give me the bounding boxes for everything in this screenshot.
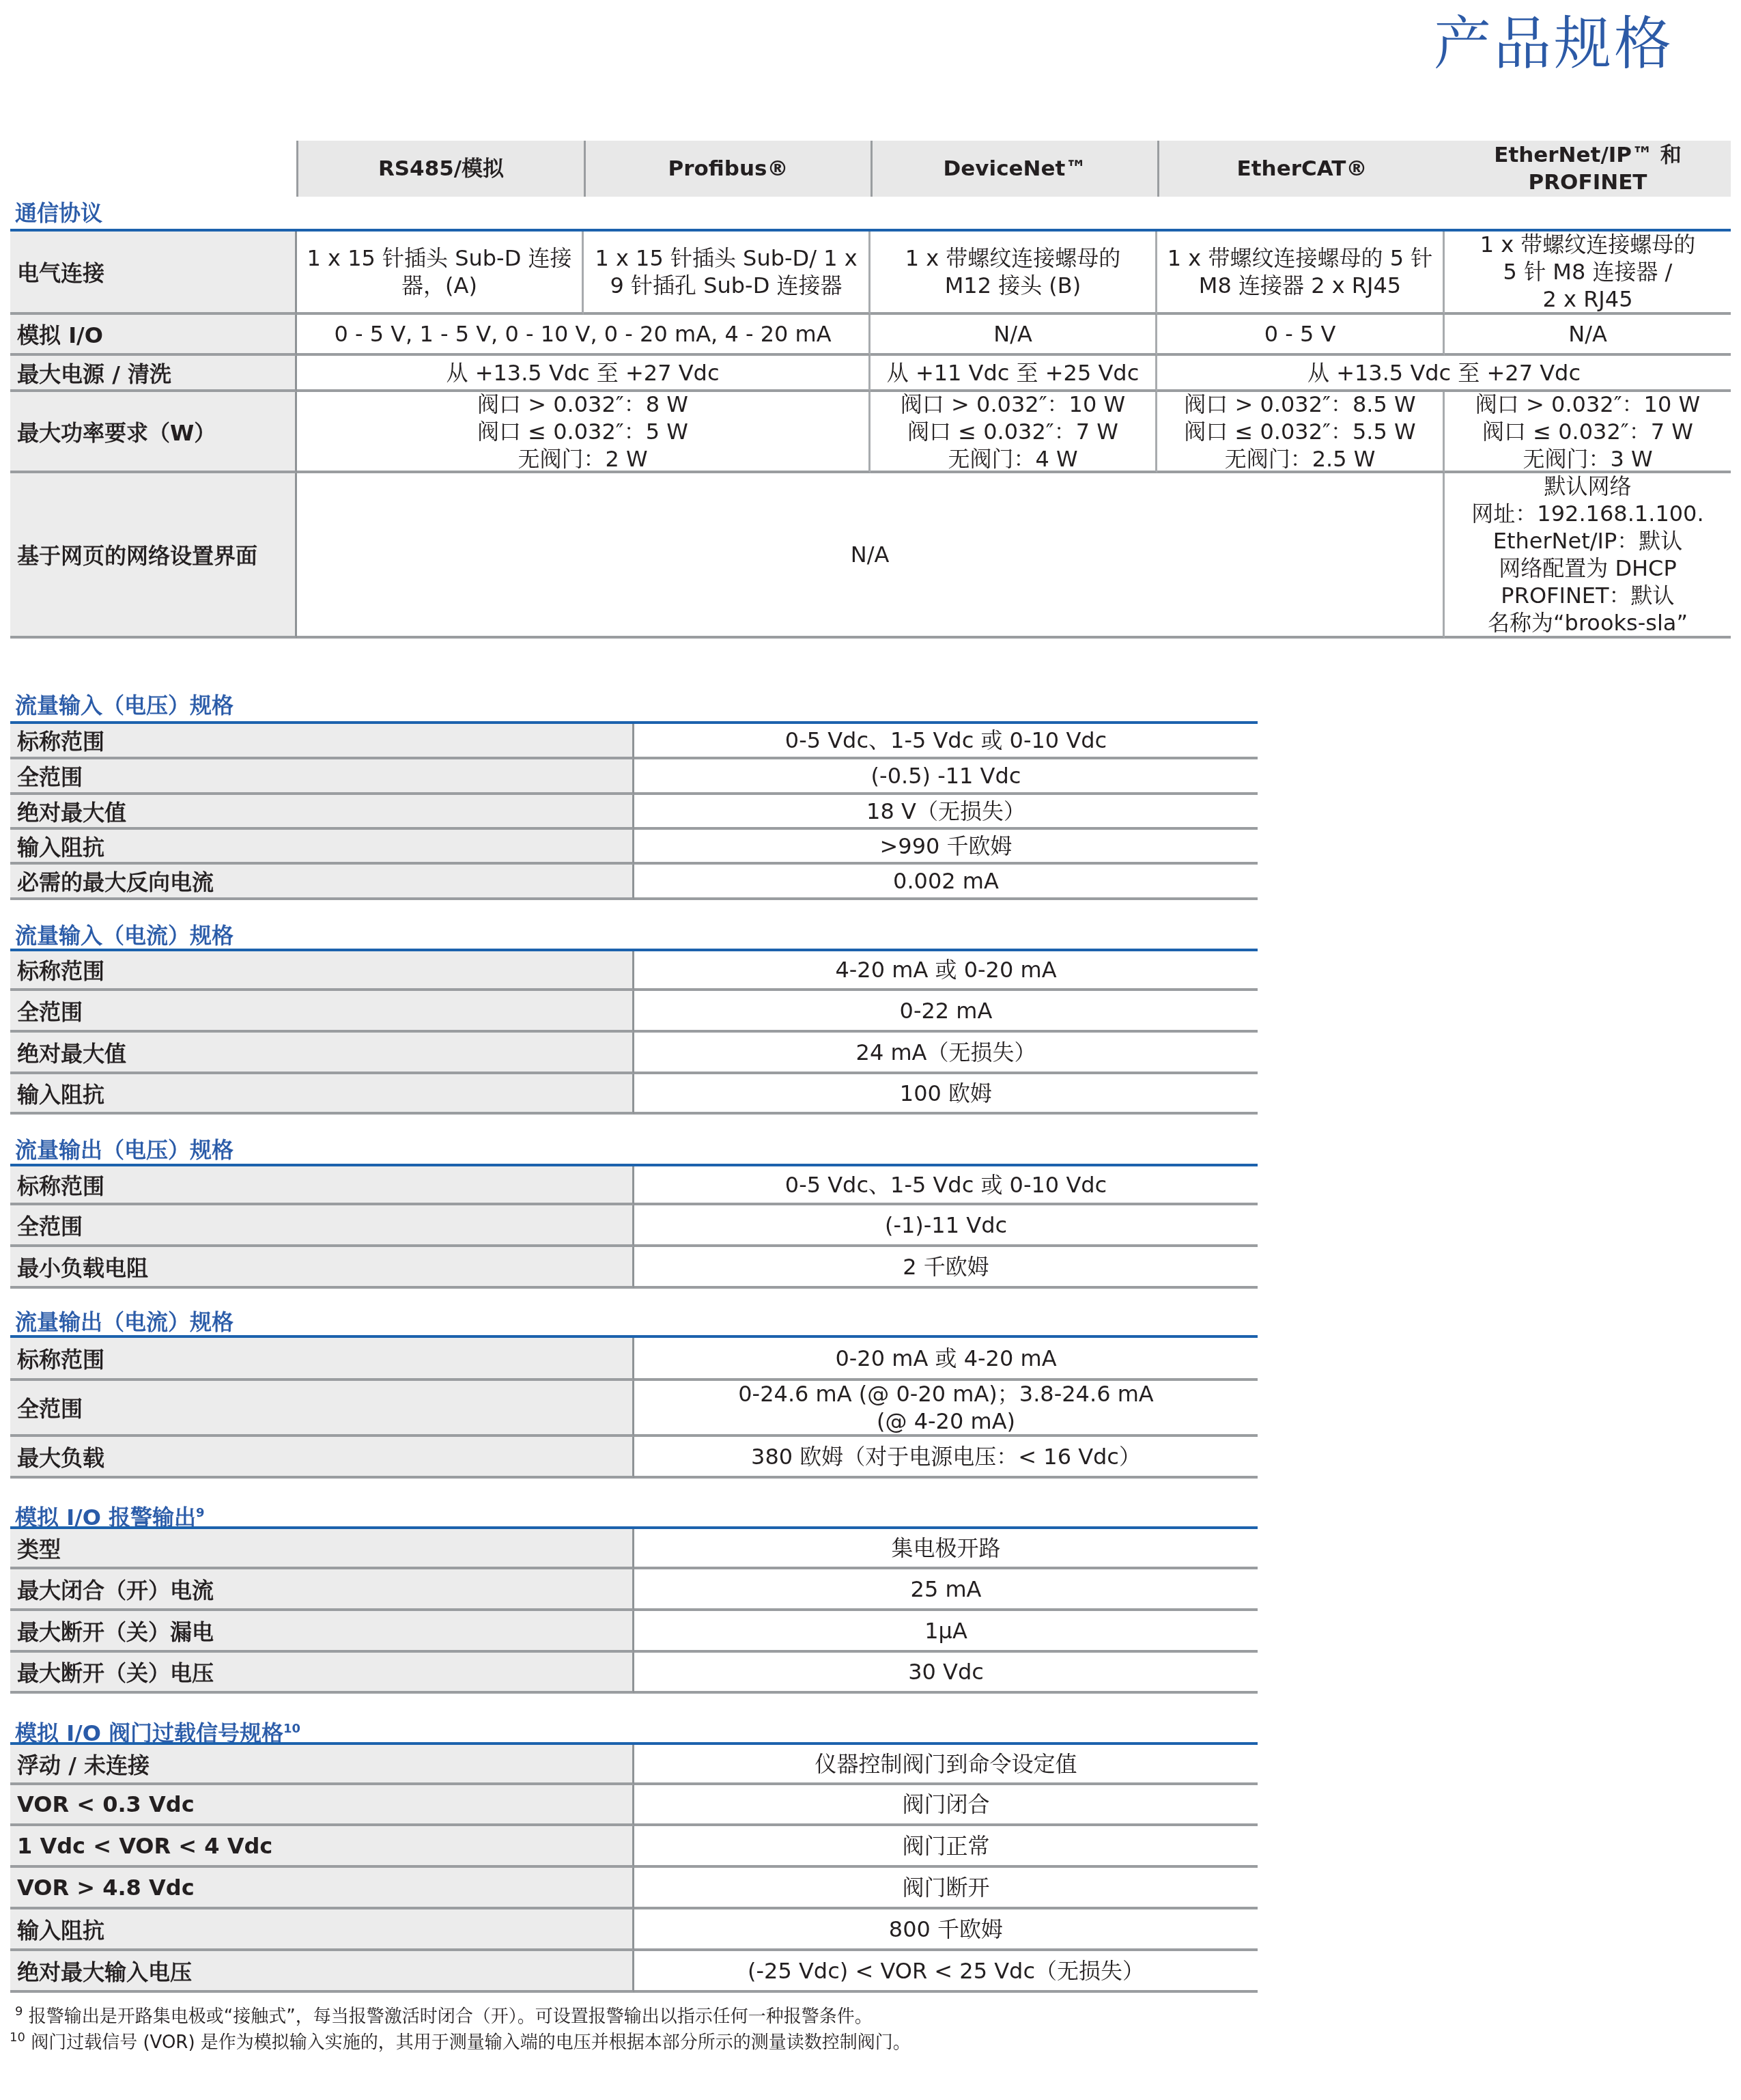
cell-text: 1 x 15 针插头 Sub-D 连接 器，(A) [307, 244, 572, 299]
row-label: 必需的最大反向电流 [10, 865, 634, 900]
section-title-flow-output-current: 流量输出（电流）规格 [15, 1308, 233, 1336]
row-label: 绝对最大输入电压 [10, 1951, 634, 1993]
cell-analog-io-devicenet: N/A [870, 315, 1157, 356]
column-header-ethercat: EtherCAT® [1157, 141, 1445, 197]
cell-power-ethernetip: 阀口 > 0.032″：10 W 阀口 ≤ 0.032″：7 W 无阀门：3 W [1445, 392, 1731, 473]
row-label: VOR > 4.8 Vdc [10, 1868, 634, 1909]
row-label: 标称范围 [10, 1338, 634, 1381]
cell-text: 1 x 带螺纹连接螺母的 5 针 M8 连接器 2 x RJ45 [1167, 244, 1432, 299]
row-label: 标称范围 [10, 951, 634, 991]
row-value: 18 V（无损失） [634, 795, 1258, 830]
row-label: 1 Vdc < VOR < 4 Vdc [10, 1826, 634, 1868]
row-label: 全范围 [10, 759, 634, 795]
cell-text: 0 - 5 V, 1 - 5 V, 0 - 10 V, 0 - 20 mA, 4… [334, 320, 831, 348]
row-value: (-0.5) -11 Vdc [634, 759, 1258, 795]
cell-text: N/A [1568, 320, 1607, 348]
cell-analog-io-rs485-profibus: 0 - 5 V, 1 - 5 V, 0 - 10 V, 0 - 20 mA, 4… [297, 315, 870, 356]
footnote-ref: 9 [196, 1506, 205, 1520]
footnote-number: 10 [10, 2030, 25, 2045]
row-value: 0-24.6 mA (@ 0-20 mA)；3.8-24.6 mA (@ 4-2… [634, 1381, 1258, 1437]
cell-supply-ethercat-ethernetip: 从 +13.5 Vdc 至 +27 Vdc [1157, 356, 1731, 392]
cell-text: 从 +13.5 Vdc 至 +27 Vdc [1307, 359, 1581, 387]
row-value: 25 mA [634, 1569, 1258, 1611]
column-header-ethernetip-profinet: EtherNet/IP™ 和 PROFINET [1445, 141, 1731, 197]
cell-analog-io-ethernetip: N/A [1445, 315, 1731, 356]
cell-electrical-devicenet: 1 x 带螺纹连接螺母的 M12 接头 (B) [870, 232, 1157, 315]
cell-power-rs485-profibus: 阀口 > 0.032″：8 W 阀口 ≤ 0.032″：5 W 无阀门：2 W [297, 392, 870, 473]
cell-supply-devicenet: 从 +11 Vdc 至 +25 Vdc [870, 356, 1157, 392]
row-label: 全范围 [10, 991, 634, 1033]
cell-text: 1 x 15 针插头 Sub-D/ 1 x 9 针插孔 Sub-D 连接器 [595, 244, 857, 299]
section-title-flow-input-voltage: 流量输入（电压）规格 [15, 692, 233, 719]
cell-text: 从 +13.5 Vdc 至 +27 Vdc [446, 359, 719, 387]
row-value: 0-20 mA 或 4-20 mA [634, 1338, 1258, 1381]
column-header-label: Profibus® [668, 155, 789, 182]
row-label: 最大闭合（开）电流 [10, 1569, 634, 1611]
row-value: 阀门正常 [634, 1826, 1258, 1868]
row-label: 最小负载电阻 [10, 1247, 634, 1289]
cell-web-settings-ethernetip: 默认网络 网址：192.168.1.100. EtherNet/IP：默认 网络… [1445, 473, 1731, 639]
row-label-electrical-connection: 电气连接 [10, 232, 297, 315]
cell-text: 阀口 > 0.032″：8.5 W 阀口 ≤ 0.032″：5.5 W 无阀门：… [1184, 391, 1415, 473]
row-label: 最大断开（关）电压 [10, 1653, 634, 1694]
row-label: 最大断开（关）漏电 [10, 1611, 634, 1653]
cell-power-devicenet: 阀口 > 0.032″：10 W 阀口 ≤ 0.032″：7 W 无阀门：4 W [870, 392, 1157, 473]
cell-supply-rs485-profibus: 从 +13.5 Vdc 至 +27 Vdc [297, 356, 870, 392]
row-label: 输入阻抗 [10, 1074, 634, 1115]
footnote-ref: 10 [283, 1722, 300, 1736]
row-label-max-power-requirement: 最大功率要求（W） [10, 392, 297, 473]
row-value: 380 欧姆（对于电源电压：< 16 Vdc） [634, 1437, 1258, 1479]
row-label: 绝对最大值 [10, 1033, 634, 1074]
cell-power-ethercat: 阀口 > 0.032″：8.5 W 阀口 ≤ 0.032″：5.5 W 无阀门：… [1157, 392, 1445, 473]
column-header-devicenet: DeviceNet™ [870, 141, 1157, 197]
row-label: 输入阻抗 [10, 830, 634, 865]
cell-electrical-ethernetip: 1 x 带螺纹连接螺母的 5 针 M8 连接器 / 2 x RJ45 [1445, 232, 1731, 315]
cell-web-settings-na: N/A [297, 473, 1445, 639]
row-value: 2 千欧姆 [634, 1247, 1258, 1289]
cell-text: 1 x 带螺纹连接螺母的 5 针 M8 连接器 / 2 x RJ45 [1480, 231, 1696, 313]
row-value: 阀门闭合 [634, 1785, 1258, 1826]
row-label: 电气连接 [17, 256, 104, 288]
column-header-label: RS485/模拟 [378, 155, 504, 182]
cell-text: 默认网络 网址：192.168.1.100. EtherNet/IP：默认 网络… [1471, 473, 1703, 636]
cell-text: N/A [851, 541, 890, 568]
row-value: >990 千欧姆 [634, 830, 1258, 865]
section-title-flow-output-voltage: 流量输出（电压）规格 [15, 1136, 233, 1164]
cell-electrical-ethercat: 1 x 带螺纹连接螺母的 5 针 M8 连接器 2 x RJ45 [1157, 232, 1445, 315]
row-value: 0-22 mA [634, 991, 1258, 1033]
cell-electrical-profibus: 1 x 15 针插头 Sub-D/ 1 x 9 针插孔 Sub-D 连接器 [584, 232, 870, 315]
cell-analog-io-ethercat: 0 - 5 V [1157, 315, 1445, 356]
row-value: 4-20 mA 或 0-20 mA [634, 951, 1258, 991]
row-label: 输入阻抗 [10, 1909, 634, 1951]
row-label: 全范围 [10, 1381, 634, 1437]
row-label: 全范围 [10, 1205, 634, 1247]
footnote-9: 9 报警输出是开路集电极或“接触式”，每当报警激活时闭合（开）。可设置报警输出以… [15, 2000, 873, 2029]
row-label: 标称范围 [10, 1166, 634, 1205]
footnote-number: 9 [15, 2004, 23, 2019]
cell-text: 阀口 > 0.032″：8 W 阀口 ≤ 0.032″：5 W 无阀门：2 W [477, 391, 688, 473]
row-label: 绝对最大值 [10, 795, 634, 830]
column-header-label: EtherNet/IP™ 和 PROFINET [1494, 141, 1682, 196]
row-value: 24 mA（无损失） [634, 1033, 1258, 1074]
row-value: 0-5 Vdc、1-5 Vdc 或 0-10 Vdc [634, 724, 1258, 759]
row-value: (-1)-11 Vdc [634, 1205, 1258, 1247]
cell-text: 1 x 带螺纹连接螺母的 M12 接头 (B) [905, 244, 1121, 299]
row-value: 100 欧姆 [634, 1074, 1258, 1115]
row-label: 最大负载 [10, 1437, 634, 1479]
column-header-label: DeviceNet™ [944, 155, 1087, 182]
row-value: 1µA [634, 1611, 1258, 1653]
section-title-flow-input-current: 流量输入（电流）规格 [15, 922, 233, 949]
column-header-rs485: RS485/模拟 [296, 141, 584, 197]
row-label: 最大功率要求（W） [17, 416, 216, 447]
footnote-text: 报警输出是开路集电极或“接触式”，每当报警激活时闭合（开）。可设置报警输出以指示… [29, 2006, 873, 2027]
row-value: 仪器控制阀门到命令设定值 [634, 1745, 1258, 1785]
row-label: 最大电源 / 清洗 [17, 357, 171, 389]
row-label: VOR < 0.3 Vdc [10, 1785, 634, 1826]
row-label: 基于网页的网络设置界面 [17, 539, 257, 570]
column-header-label: EtherCAT® [1237, 155, 1368, 182]
cell-text: 阀口 > 0.032″：10 W 阀口 ≤ 0.032″：7 W 无阀门：3 W [1475, 391, 1700, 473]
row-label-web-network-settings: 基于网页的网络设置界面 [10, 473, 297, 639]
cell-text: 阀口 > 0.032″：10 W 阀口 ≤ 0.032″：7 W 无阀门：4 W [901, 391, 1125, 473]
row-value: 0.002 mA [634, 865, 1258, 900]
row-value: 阀门断开 [634, 1868, 1258, 1909]
row-label: 标称范围 [10, 724, 634, 759]
row-value: 0-5 Vdc、1-5 Vdc 或 0-10 Vdc [634, 1166, 1258, 1205]
row-value-text: 0-24.6 mA (@ 0-20 mA)；3.8-24.6 mA (@ 4-2… [738, 1380, 1154, 1435]
row-value: 集电极开路 [634, 1529, 1258, 1569]
row-label: 类型 [10, 1529, 634, 1569]
row-label: 浮动 / 未连接 [10, 1745, 634, 1785]
footnote-text: 阀门过载信号 (VOR) 是作为模拟输入实施的，其用于测量输入端的电压并根据本部… [31, 2032, 911, 2053]
row-value: 800 千欧姆 [634, 1909, 1258, 1951]
row-label-analog-io: 模拟 I/O [10, 315, 297, 356]
row-label: 模拟 I/O [17, 318, 103, 350]
footnote-10: 10 阀门过载信号 (VOR) 是作为模拟输入实施的，其用于测量输入端的电压并根… [10, 2026, 911, 2055]
page-title: 产品规格 [1434, 10, 1693, 78]
column-header-profibus: Profibus® [584, 141, 870, 197]
cell-text: 从 +11 Vdc 至 +25 Vdc [887, 359, 1140, 387]
section-title-comm-protocol: 通信协议 [15, 199, 102, 227]
cell-text: N/A [993, 320, 1032, 348]
cell-electrical-rs485: 1 x 15 针插头 Sub-D 连接 器，(A) [297, 232, 584, 315]
row-label-max-power-supply: 最大电源 / 清洗 [10, 356, 297, 392]
row-value: 30 Vdc [634, 1653, 1258, 1694]
row-value: (-25 Vdc) < VOR < 25 Vdc（无损失） [634, 1951, 1258, 1993]
cell-text: 0 - 5 V [1264, 320, 1336, 348]
